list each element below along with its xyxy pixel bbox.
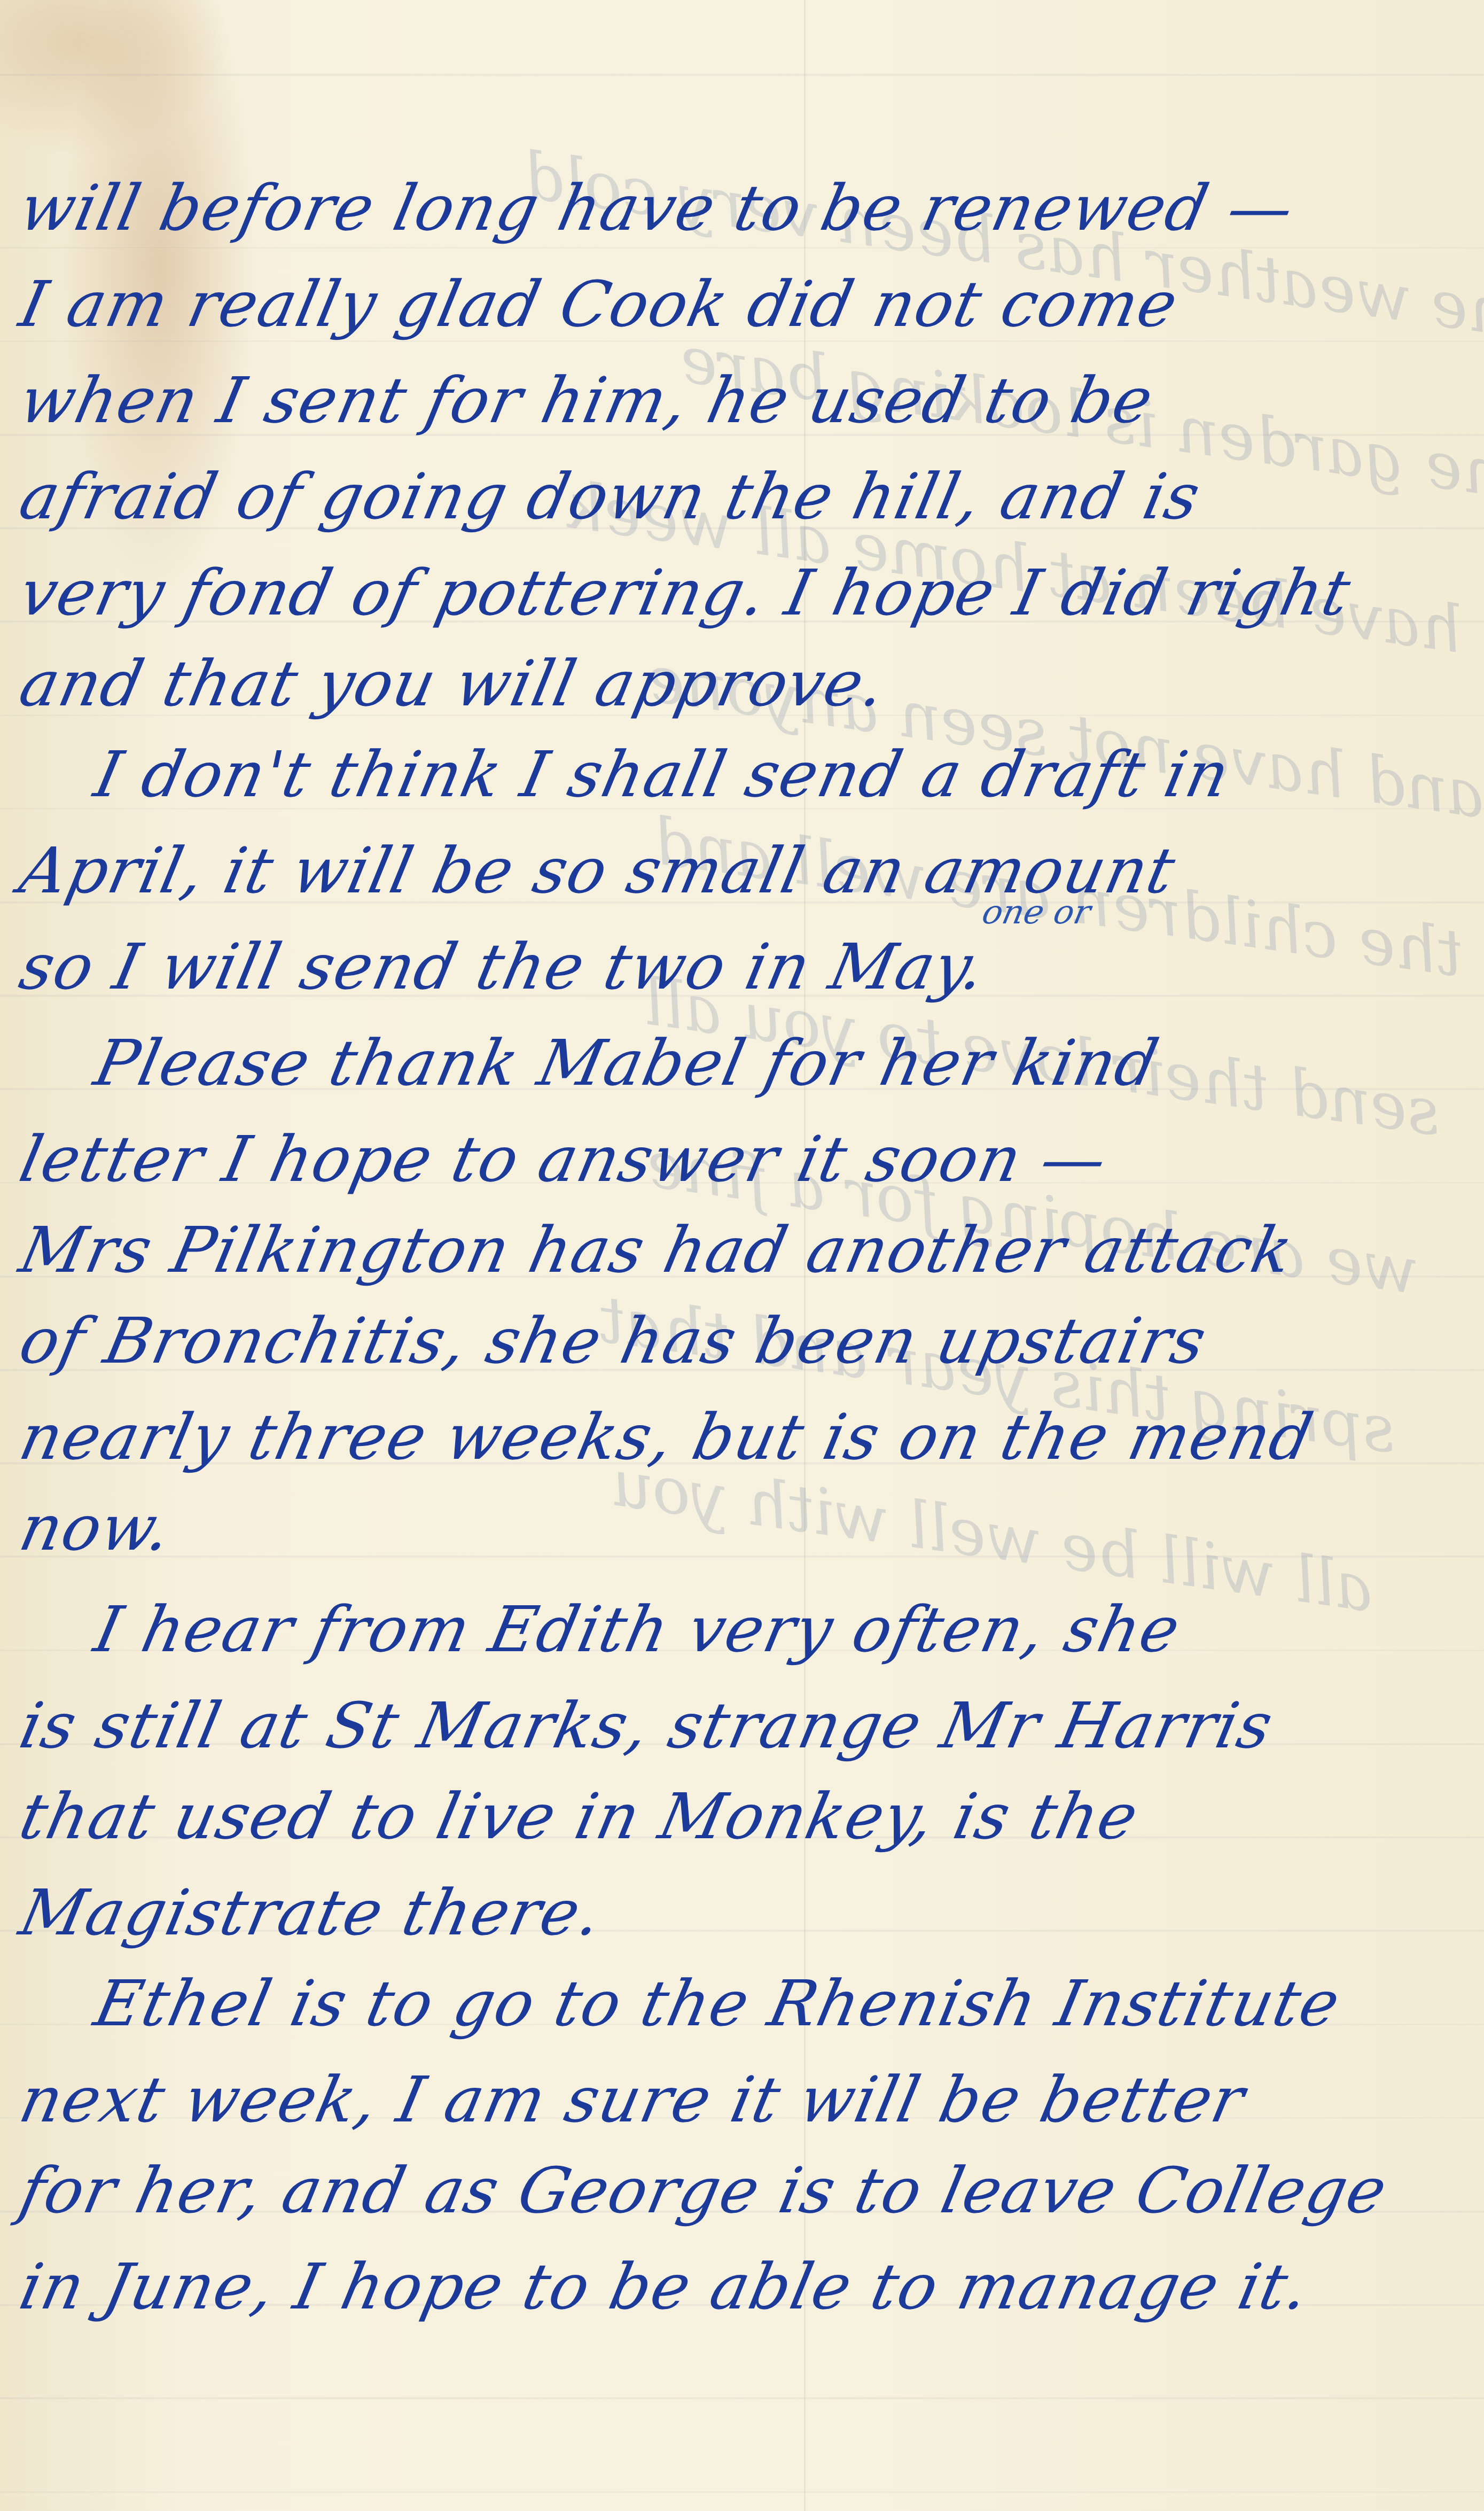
letter-line: Magistrate there. xyxy=(13,1876,608,1949)
letter-line: next week, I am sure it will be better xyxy=(13,2063,1252,2136)
letter-line: afraid of going down the hill, and is xyxy=(13,460,1207,533)
letter-line: in June, I hope to be able to manage it. xyxy=(13,2250,1316,2323)
letter-line: I don't think I shall send a draft in xyxy=(88,737,1237,811)
letter-line: when I sent for him, he used to be xyxy=(13,363,1160,437)
interlinear-insert: one or xyxy=(979,892,1094,931)
letter-page: The weather has been very cold the garde… xyxy=(0,0,1484,2511)
letter-line: I hear from Edith very often, she xyxy=(88,1592,1187,1666)
letter-line: so I will send the two in May. xyxy=(13,930,992,1004)
letter-line: Ethel is to go to the Rhenish Institute xyxy=(88,1966,1347,2040)
letter-line: for her, and as George is to leave Colle… xyxy=(13,2154,1394,2227)
letter-line: and that you will approve. xyxy=(13,647,892,720)
letter-line: of Bronchitis, she has been upstairs xyxy=(13,1304,1213,1378)
letter-line: Mrs Pilkington has had another attack xyxy=(13,1213,1300,1287)
letter-line: Please thank Mabel for her kind xyxy=(88,1026,1165,1100)
letter-line: nearly three weeks, but is on the mend xyxy=(13,1400,1319,1474)
letter-line: will before long have to be renewed — xyxy=(13,171,1301,245)
letter-line: very fond of pottering. I hope I did rig… xyxy=(13,556,1357,629)
letter-line: now. xyxy=(13,1491,178,1565)
letter-line: letter I hope to answer it soon — xyxy=(13,1122,1114,1196)
letter-line: I am really glad Cook did not come xyxy=(13,267,1185,341)
letter-line: that used to live in Monkey, is the xyxy=(13,1779,1145,1853)
letter-line: is still at St Marks, strange Mr Harris xyxy=(13,1689,1279,1762)
